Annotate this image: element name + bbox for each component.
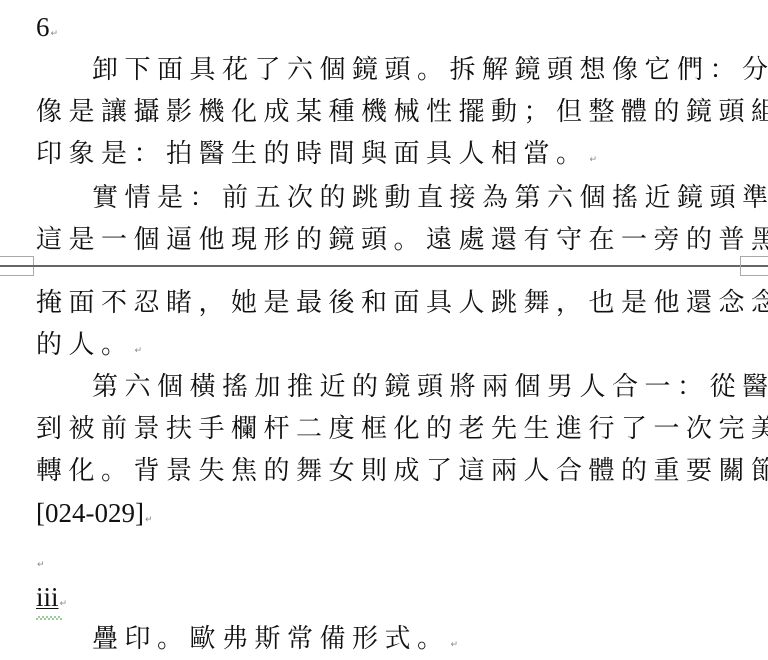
subsection-label: iii↵ [36, 580, 67, 621]
document-page: 6↵ 卸下面具花了六個鏡頭。拆解鏡頭想像它們：分鏡更 像是讓攝影機化成某種機械性… [0, 0, 768, 660]
page-break-marker-right [740, 256, 768, 276]
paragraph-mark-icon: ↵ [51, 29, 59, 39]
empty-paragraph: ↵ [36, 542, 45, 582]
paragraph-3-line-3: 轉化。背景失焦的舞女則成了這兩人合體的重要關節。 [36, 454, 768, 488]
page-break-divider [0, 265, 768, 267]
paragraph-2-line-4: 的人。↵ [36, 328, 142, 368]
paragraph-mark-icon: ↵ [60, 599, 68, 609]
final-paragraph: 疊印。歐弗斯常備形式。↵ [92, 622, 458, 660]
paragraph-mark-icon: ↵ [37, 560, 45, 570]
paragraph-mark-icon: ↵ [135, 346, 143, 356]
paragraph-2-line-2: 這是一個逼他現形的鏡頭。遠處還有守在一旁的普黑弗絲 [36, 223, 768, 257]
spellcheck-squiggle [36, 616, 62, 620]
section-number: 6↵ [36, 10, 58, 51]
paragraph-3-line-2: 到被前景扶手欄杆二度框化的老先生進行了一次完美的 [36, 412, 768, 446]
paragraph-mark-icon: ↵ [590, 155, 598, 165]
subsection-label-text: iii [36, 582, 59, 612]
paragraph-1-line-1: 卸下面具花了六個鏡頭。拆解鏡頭想像它們：分鏡更 [92, 53, 768, 87]
paragraph-mark-icon: ↵ [145, 515, 153, 525]
paragraph-mark-icon: ↵ [451, 640, 459, 650]
paragraph-2-line-1: 實情是：前五次的跳動直接為第六個搖近鏡頭準備。 [92, 181, 768, 215]
shot-reference: [024-029]↵ [36, 496, 153, 537]
paragraph-1-line-3: 印象是：拍醫生的時間與面具人相當。↵ [36, 137, 597, 177]
paragraph-3-line-1: 第六個橫搖加推近的鏡頭將兩個男人合一：從醫生轉 [92, 370, 768, 404]
paragraph-1-line-2: 像是讓攝影機化成某種機械性擺動；但整體的鏡頭組帶來 [36, 95, 768, 129]
paragraph-2-line-3: 掩面不忍睹，她是最後和面具人跳舞，也是他還念念不忘 [36, 286, 768, 320]
